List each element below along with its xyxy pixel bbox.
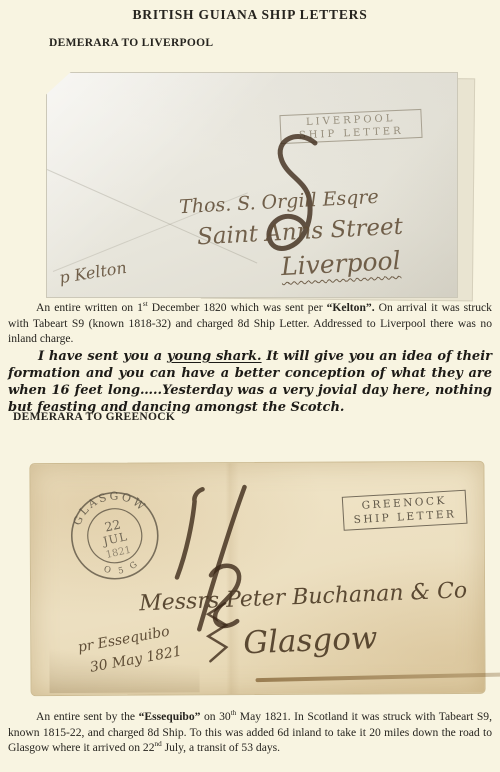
address-line-city: Liverpool — [280, 246, 401, 281]
section-heading-liverpool: DEMERARA TO LIVERPOOL — [49, 37, 213, 49]
page-title: BRITISH GUIANA SHIP LETTERS — [0, 7, 500, 23]
quote-underlined-phrase: young shark. — [167, 349, 262, 364]
ship-name-bold: “Kelton”. — [327, 301, 375, 314]
address-line-city: Glasgow — [243, 620, 378, 661]
cover1-liverpool-entire: LIVERPOOL SHIP LETTER Thos. S. Orgill Es… — [46, 72, 458, 298]
caption-text: December 1820 which was sent per — [148, 301, 327, 314]
ship-name-bold: “Essequibo” — [139, 710, 201, 723]
address-line-street: Saint Anns Street — [196, 214, 403, 251]
greenock-ship-letter-stamp: GREENOCK SHIP LETTER — [342, 490, 468, 531]
caption-text: on 30 — [200, 710, 230, 723]
ship-endorsement: p Kelton — [58, 258, 128, 287]
cover2-caption: An entire sent by the “Essequibo” on 30t… — [8, 709, 492, 756]
cover2-greenock-entire: GLASGOW O 5 G 22 JUL 1821 GREENOCK SHIP … — [29, 461, 485, 696]
caption-text: An entire written on 1 — [36, 301, 143, 314]
address-underline-flourish — [256, 673, 500, 683]
cover1-caption: An entire written on 1st December 1820 w… — [8, 300, 492, 347]
fold-crease — [47, 169, 258, 263]
caption-text: An entire sent by the — [36, 710, 139, 723]
exhibit-page: BRITISH GUIANA SHIP LETTERS DEMERARA TO … — [0, 0, 500, 772]
glasgow-datestamp: GLASGOW O 5 G 22 JUL 1821 — [60, 481, 169, 590]
ordinal-suffix: nd — [155, 740, 162, 748]
section-heading-greenock: DEMERARA TO GREENOCK — [13, 411, 175, 423]
caption-text: July, a transit of 53 days. — [162, 741, 280, 754]
quote-text: I have sent you a — [38, 349, 167, 364]
letter-quotation: I have sent you a young shark. It will g… — [8, 348, 492, 416]
